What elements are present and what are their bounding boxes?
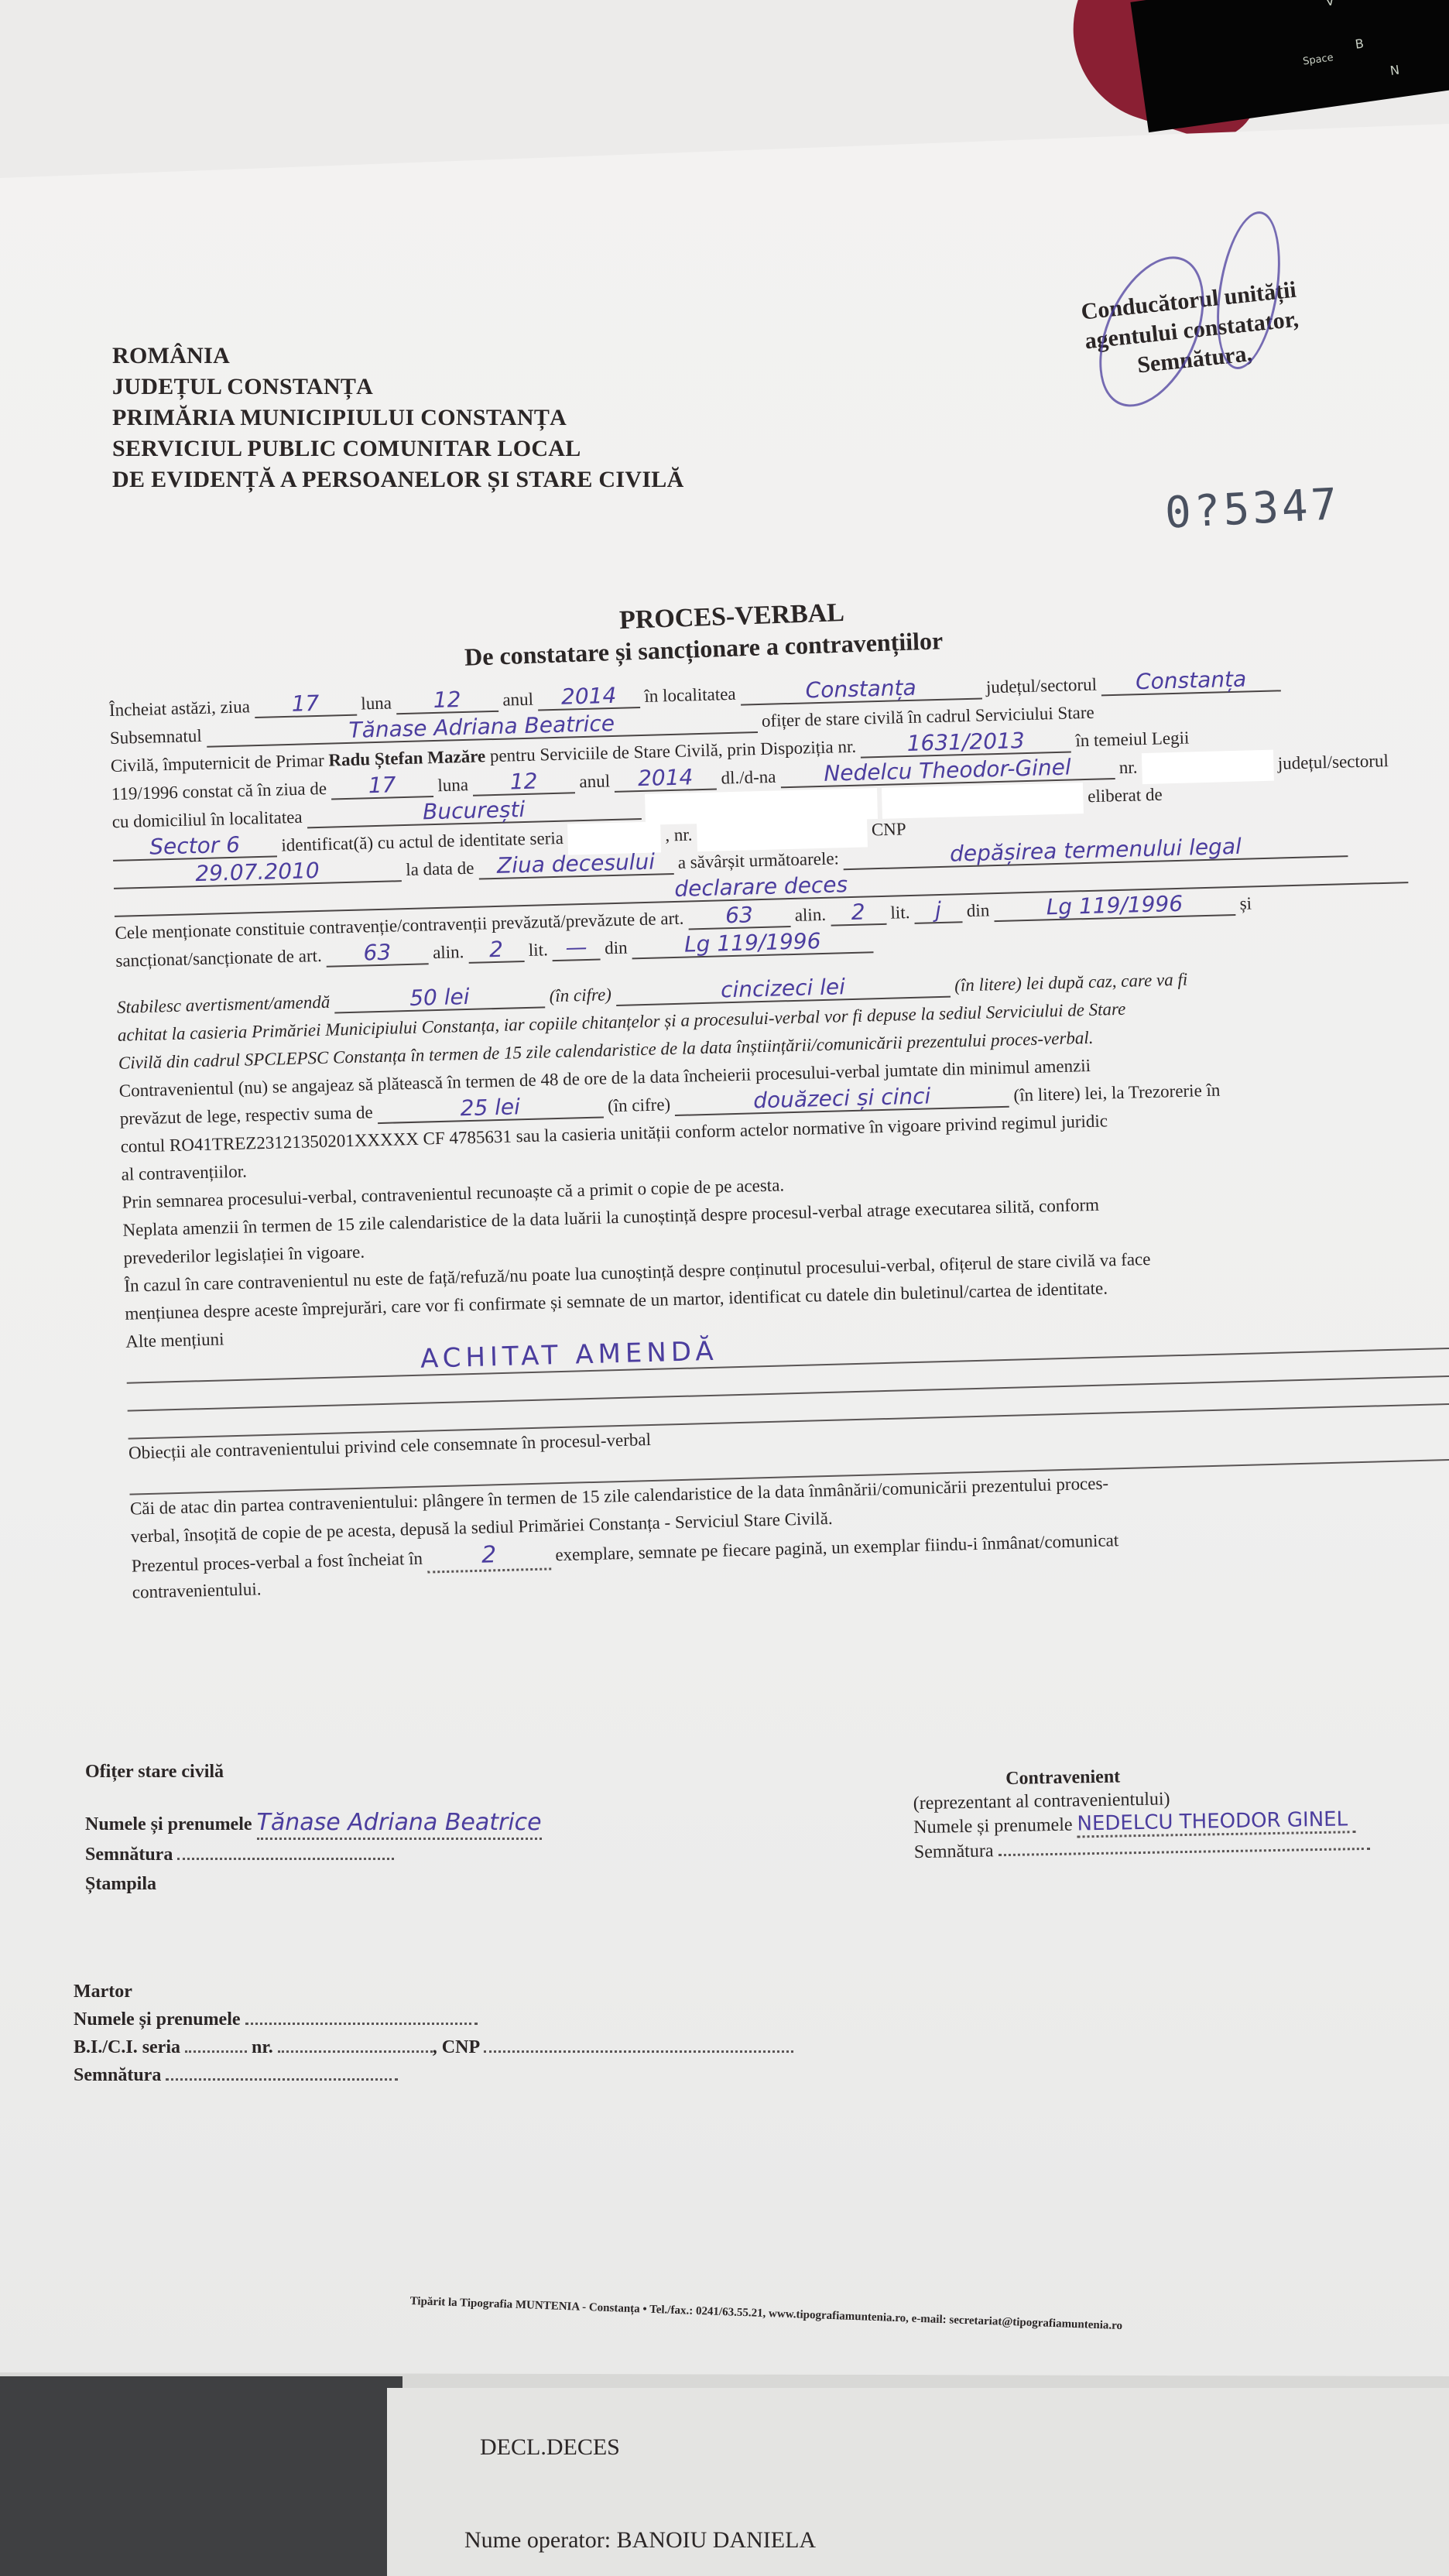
label: 119/1996 constat că în ziua de [111, 779, 327, 803]
serial-number: 0?5347 [1163, 479, 1341, 539]
label: din [967, 900, 990, 920]
label: nr. [1118, 758, 1137, 778]
second-sheet-title: DECL.DECES [480, 2434, 620, 2461]
header-line: ROMÂNIA [112, 341, 684, 372]
letter-field[interactable]: j [914, 898, 963, 924]
label: în localitatea [644, 684, 736, 706]
operator-line: Nume operator: BANOIU DANIELA [464, 2527, 816, 2554]
label: Încheiat astăzi, ziua [109, 697, 251, 720]
half-digits-field[interactable]: 25 lei [377, 1093, 604, 1124]
label: sancționat/sancționate de art. [115, 946, 322, 971]
label: a săvârșit următoarele: [677, 848, 839, 872]
label: dl./d-na [721, 767, 776, 788]
law-field[interactable]: Lg 119/1996 [994, 891, 1236, 922]
label: (în cifre) [549, 985, 611, 1005]
law-field[interactable]: Lg 119/1996 [632, 928, 874, 959]
label: (în cifre) [608, 1094, 671, 1115]
label: prevăzut de lege, respectiv suma de [119, 1102, 373, 1129]
event-year-field[interactable]: 2014 [614, 766, 717, 793]
witness-id-series-field[interactable] [185, 2050, 247, 2053]
label: Numele și prenumele [85, 1814, 252, 1834]
at-date-field[interactable]: Ziua decesului [478, 850, 674, 880]
label: județul/sectorul [1278, 751, 1389, 773]
label: alin. [794, 905, 826, 925]
paragraph-field[interactable]: 2 [468, 937, 525, 964]
officer-signature-section: Ofițer stare civilă Numele și prenumele … [85, 1757, 542, 1899]
label: Stabilesc avertisment/amendă [117, 992, 331, 1017]
locality-field[interactable]: Constanța [740, 674, 982, 705]
label: (în litere) lei, la Trezorerie în [1013, 1081, 1221, 1105]
label: B.I./C.I. seria [74, 2037, 180, 2057]
key-b: B [1355, 36, 1365, 52]
offender-signature-section: Contravenient (reprezentant al contraven… [913, 1761, 1370, 1864]
key-n: N [1389, 62, 1400, 77]
fine-digits-field[interactable]: 50 lei [334, 983, 546, 1013]
article-field[interactable]: 63 [326, 940, 429, 967]
label: Subsemnatul [110, 726, 202, 748]
offender-signature-field[interactable] [999, 1848, 1370, 1856]
label: din [605, 938, 628, 958]
label: (în litere) lei după caz, care va fi [954, 970, 1188, 995]
label: ofițer de stare civilă în cadrul Servici… [762, 703, 1094, 731]
disposition-field[interactable]: 1631/2013 [860, 728, 1071, 758]
county-field[interactable]: Constanța [1101, 666, 1281, 696]
witness-name-field[interactable] [245, 2023, 478, 2025]
issuer-header: ROMÂNIA JUDEȚUL CONSTANȚA PRIMĂRIA MUNIC… [112, 341, 684, 495]
label: nr. [252, 2037, 273, 2057]
key-v: V [1324, 0, 1334, 9]
header-line: SERVICIUL PUBLIC COMUNITAR LOCAL [112, 433, 684, 464]
label: anul [579, 771, 610, 791]
stamp-label: Ștampila [85, 1869, 542, 1899]
officer-name-field[interactable]: Tănase Adriana Beatrice [257, 1808, 542, 1840]
header-line: PRIMĂRIA MUNICIPIULUI CONSTANȚA [112, 402, 684, 433]
label: lit. [890, 903, 910, 923]
label: în temeiul Legii [1075, 728, 1190, 750]
witness-title: Martor [74, 1978, 793, 2006]
paragraph-field[interactable]: 2 [830, 900, 886, 927]
label: CNP [872, 819, 906, 839]
label: luna [361, 693, 392, 713]
label: anul [502, 690, 533, 710]
form-body: Încheiat astăzi, ziua 17 luna 12 anul 20… [108, 646, 1449, 1607]
label: identificat(ă) cu actul de identitate se… [281, 828, 563, 855]
officer-title: Ofițer stare civilă [85, 1757, 542, 1786]
label: alin. [433, 942, 464, 962]
label: CNP [442, 2037, 479, 2057]
label: eliberat de [1088, 785, 1163, 807]
desk-background [0, 2376, 402, 2576]
letter-field[interactable]: — [552, 935, 601, 961]
month-field[interactable]: 12 [396, 687, 498, 714]
label: lit. [529, 940, 549, 960]
header-line: DE EVIDENȚĂ A PERSOANELOR ȘI STARE CIVIL… [112, 464, 684, 495]
label: Numele și prenumele [913, 1815, 1073, 1838]
label: cu domiciliul în localitatea [111, 807, 302, 831]
label: Numele și prenumele [74, 2009, 241, 2030]
header-line: JUDEȚUL CONSTANȚA [112, 372, 684, 402]
issuer-field[interactable]: Sector 6 [112, 833, 277, 862]
second-sheet: DECL.DECES Nume operator: BANOIU DANIELA [387, 2388, 1449, 2576]
label: Nume operator: [464, 2527, 611, 2553]
key-space: Space [1302, 52, 1334, 67]
label: Civilă, împuternicit de Primar [111, 751, 325, 776]
operator-name: BANOIU DANIELA [617, 2527, 816, 2553]
label: Semnătura [914, 1841, 994, 1862]
day-field[interactable]: 17 [254, 691, 357, 718]
witness-cnp-field[interactable] [484, 2050, 793, 2053]
label: pentru Serviciile de Stare Civilă, prin … [490, 737, 857, 766]
label: județul/sectorul [986, 675, 1098, 697]
label: , nr. [665, 825, 693, 845]
witness-section: Martor Numele și prenumele B.I./C.I. ser… [74, 1978, 793, 2089]
mayor-name: Radu Ștefan Mazăre [328, 746, 485, 769]
label: Semnătura [74, 2065, 161, 2085]
witness-id-number-field[interactable] [278, 2050, 433, 2053]
label: luna [437, 775, 468, 795]
label: la data de [406, 858, 474, 879]
event-month-field[interactable]: 12 [472, 769, 575, 796]
officer-signature-field[interactable] [177, 1858, 394, 1860]
witness-signature-field[interactable] [166, 2078, 398, 2081]
year-field[interactable]: 2014 [537, 683, 640, 711]
label: Semnătura [85, 1845, 173, 1865]
article-field[interactable]: 63 [688, 903, 791, 930]
label: și [1239, 893, 1252, 913]
event-day-field[interactable]: 17 [331, 772, 433, 800]
other-mentions-value: ACHITAT AMENDĂ [420, 1338, 718, 1373]
